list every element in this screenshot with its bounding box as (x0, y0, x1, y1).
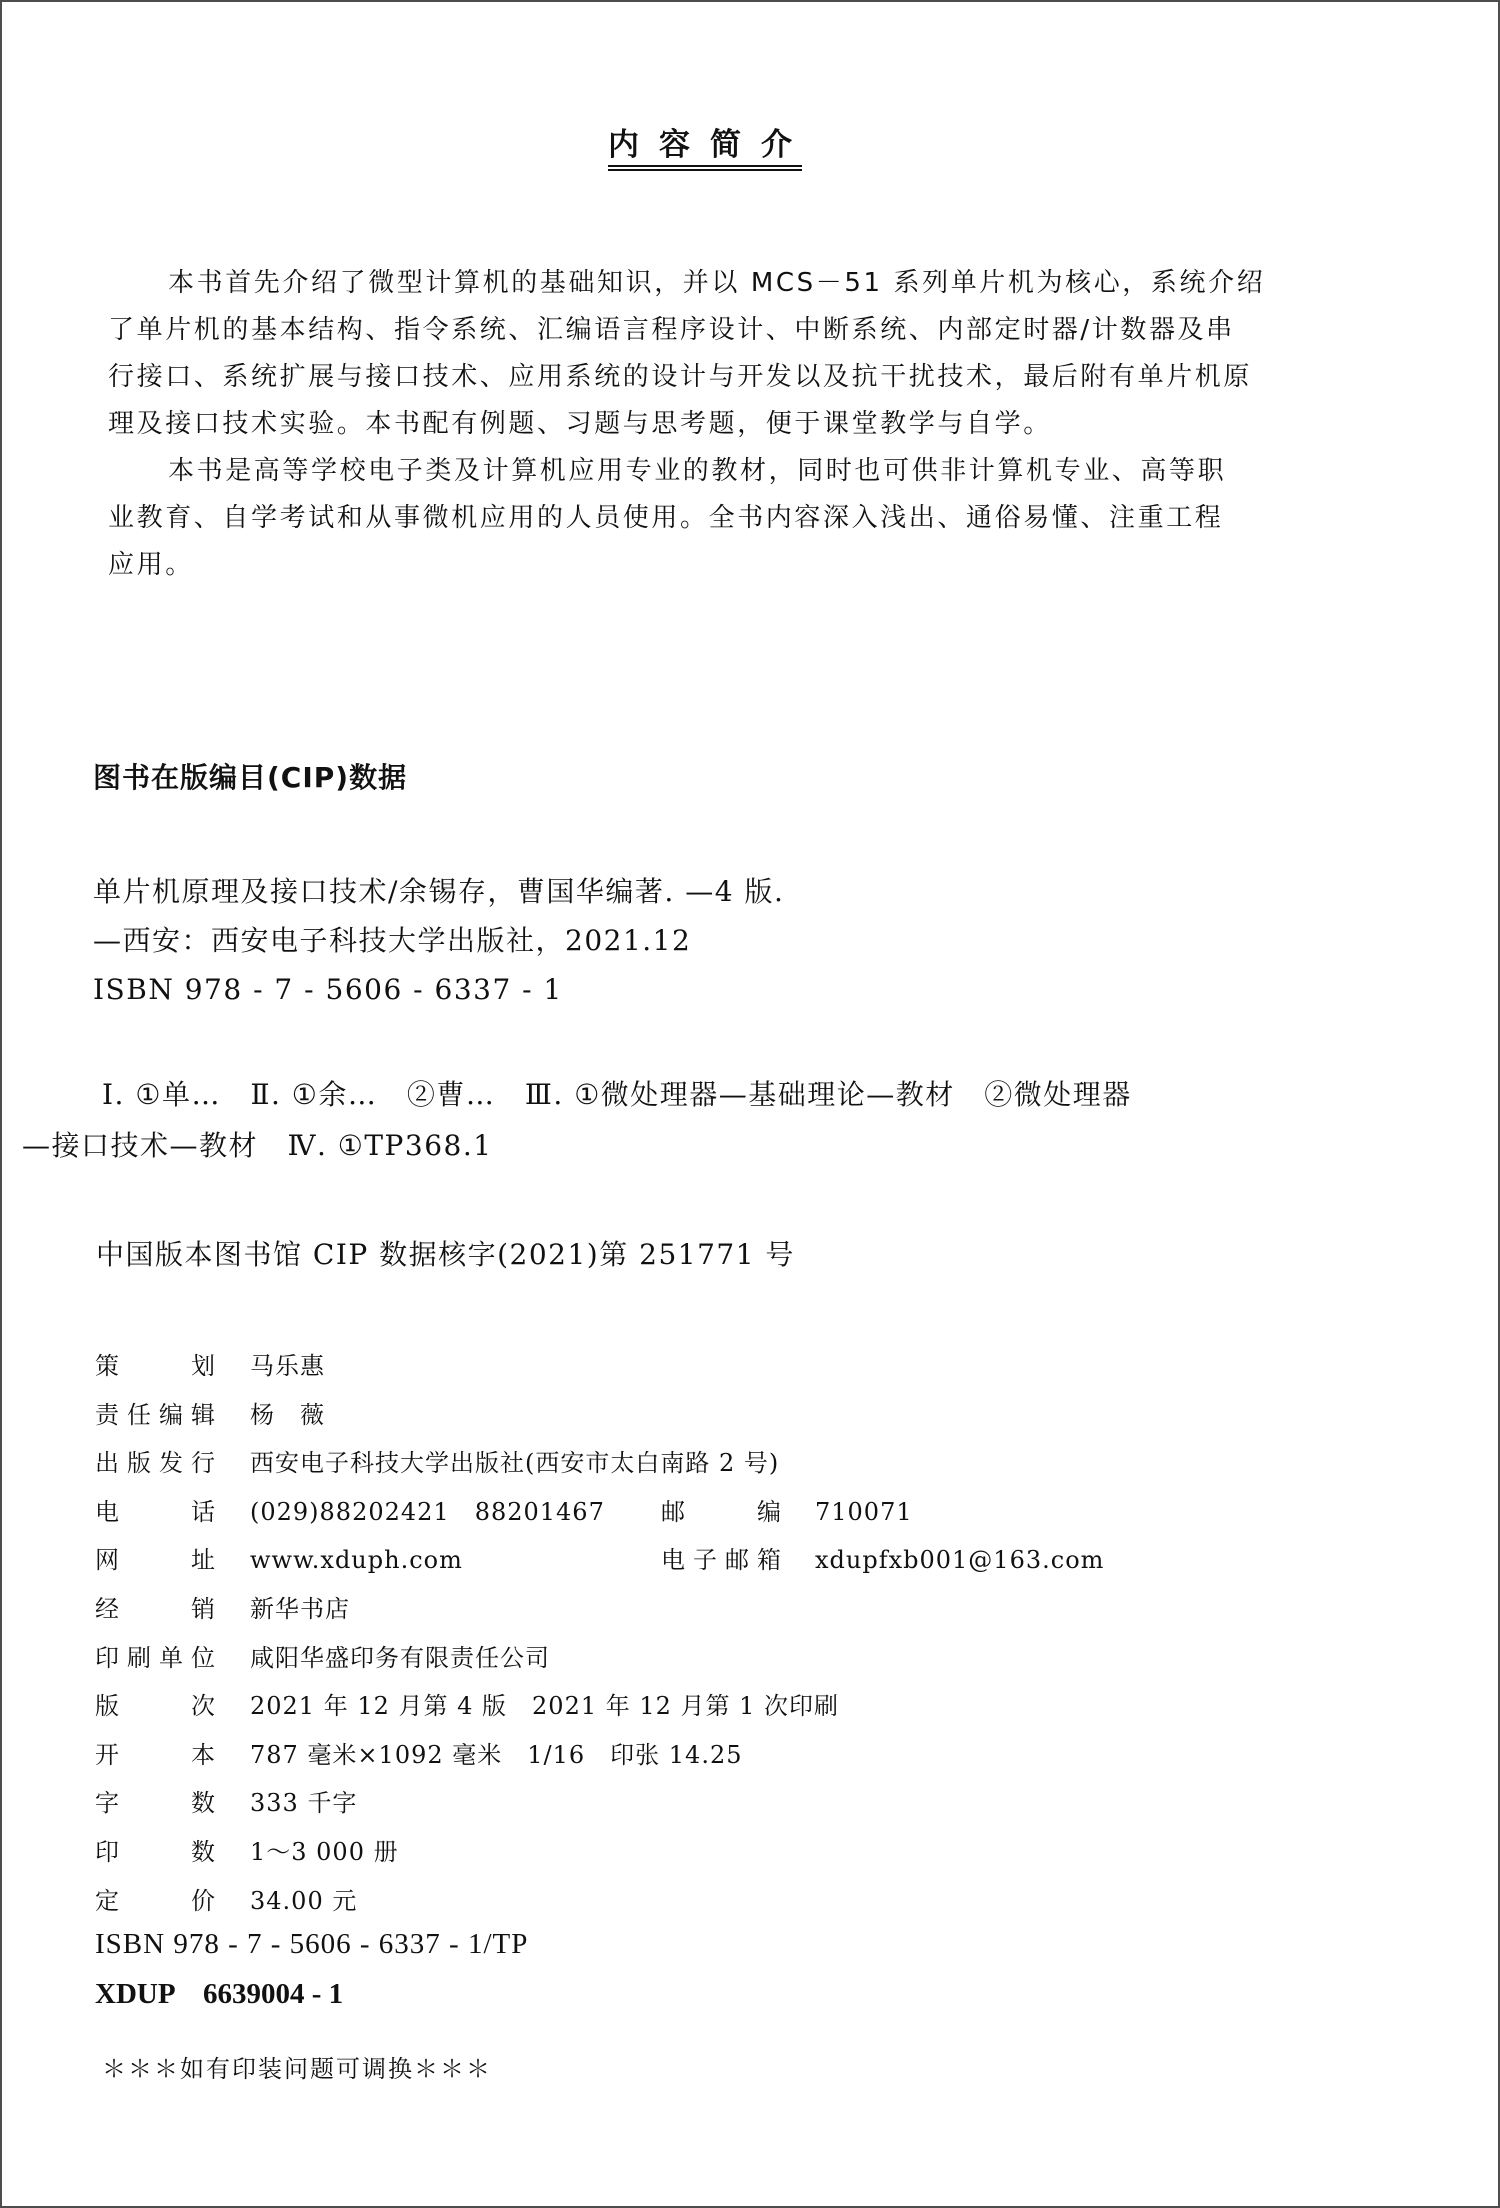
colophon-value: 787 毫米×1092 毫米 1/16 印张 14.25 (250, 1731, 742, 1780)
colophon-label: 字数 (95, 1779, 215, 1828)
abstract-line: 应用。 (108, 542, 1320, 589)
colophon-value: 咸阳华盛印务有限责任公司 (250, 1634, 550, 1683)
colophon-value: 西安电子科技大学出版社(西安市太白南路 2 号) (250, 1439, 779, 1488)
abstract-section: 本书首先介绍了微型计算机的基础知识，并以 MCS－51 系列单片机为核心，系统介… (108, 260, 1320, 589)
colophon-label: 印刷单位 (95, 1634, 215, 1683)
abstract-line: 本书是高等学校电子类及计算机应用专业的教材，同时也可供非计算机专业、高等职 (108, 448, 1320, 495)
price-value: 34.00 元 (250, 1877, 357, 1926)
colophon-label: 责任编辑 (95, 1391, 215, 1440)
cip-record-line: —西安：西安电子科技大学出版社，2021.12 (93, 921, 691, 961)
colophon-value: 333 千字 (250, 1779, 357, 1828)
colophon-label: 邮编 (661, 1488, 781, 1537)
abstract-line: 了单片机的基本结构、指令系统、汇编语言程序设计、中断系统、内部定时器/计数器及串 (108, 307, 1320, 354)
cip-heading: 图书在版编目(CIP)数据 (93, 758, 407, 798)
colophon-label: 经销 (95, 1585, 215, 1634)
colophon-value: 杨 薇 (250, 1391, 325, 1440)
colophon-label: 电子邮箱 (661, 1536, 781, 1585)
colophon-label: 开本 (95, 1731, 215, 1780)
abstract-line: 本书首先介绍了微型计算机的基础知识，并以 MCS－51 系列单片机为核心，系统介… (108, 260, 1320, 307)
colophon-value: 1～3 000 册 (250, 1828, 399, 1877)
colophon-label: 定价 (95, 1877, 215, 1926)
abstract-line: 理及接口技术实验。本书配有例题、习题与思考题，便于课堂教学与自学。 (108, 401, 1320, 448)
xdup-code: XDUP 6639004 - 1 (95, 1974, 343, 2014)
document-page: 内容简介 本书首先介绍了微型计算机的基础知识，并以 MCS－51 系列单片机为核… (0, 0, 1500, 2208)
colophon-value: 新华书店 (250, 1585, 350, 1634)
colophon-value: 2021 年 12 月第 4 版 2021 年 12 月第 1 次印刷 (250, 1682, 839, 1731)
cip-record-line: 单片机原理及接口技术/余锡存，曹国华编著. —4 版. (93, 872, 784, 912)
colophon-value: 马乐惠 (250, 1342, 325, 1391)
abstract-line: 行接口、系统扩展与接口技术、应用系统的设计与开发以及抗干扰技术，最后附有单片机原 (108, 354, 1320, 401)
cip-classification-line: —接口技术—教材 Ⅳ. ①TP368.1 (22, 1126, 493, 1166)
cip-isbn-line: ISBN 978 - 7 - 5606 - 6337 - 1 (93, 970, 563, 1010)
title-double-underline (608, 165, 802, 171)
print-defect-notice: ＊＊＊如有印装问题可调换＊＊＊ (102, 2052, 492, 2086)
colophon-label: 网址 (95, 1536, 215, 1585)
page-title: 内容简介 (608, 126, 802, 164)
colophon-label: 出版发行 (95, 1439, 215, 1488)
abstract-line: 业教育、自学考试和从事微机应用的人员使用。全书内容深入浅出、通俗易懂、注重工程 (108, 495, 1320, 542)
website-link[interactable]: www.xduph.com (250, 1536, 463, 1585)
colophon-label: 电话 (95, 1488, 215, 1537)
colophon-label: 策划 (95, 1342, 215, 1391)
postcode-value: 710071 (815, 1488, 913, 1537)
cip-classification-line: Ⅰ. ①单… Ⅱ. ①余… ②曹… Ⅲ. ①微处理器—基础理论—教材 ②微处理器 (102, 1075, 1132, 1115)
phone-value: (029)88202421 88201467 (250, 1488, 605, 1537)
colophon-label: 版次 (95, 1682, 215, 1731)
cip-verification: 中国版本图书馆 CIP 数据核字(2021)第 251771 号 (96, 1235, 795, 1275)
isbn-tp-line: ISBN 978 - 7 - 5606 - 6337 - 1/TP (95, 1924, 528, 1964)
colophon-label: 印数 (95, 1828, 215, 1877)
email-link[interactable]: xdupfxb001@163.com (815, 1536, 1104, 1585)
